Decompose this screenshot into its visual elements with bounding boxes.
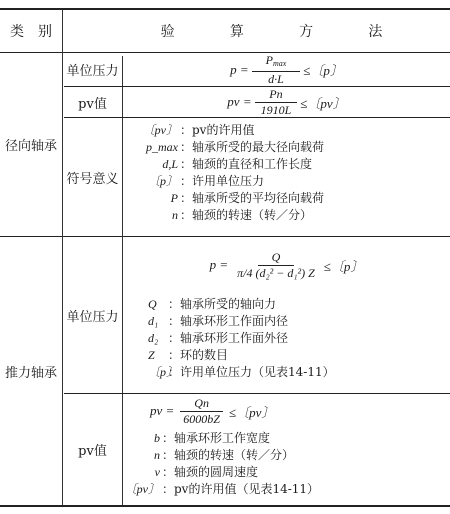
definition-item: Q：轴承所受的轴向力 [148, 296, 335, 313]
definition-item: Z：环的数目 [148, 347, 335, 364]
definition-item: 〔pv〕：pv的许用值（见表14-11） [122, 481, 319, 498]
row-label-text: 符号意义 [66, 168, 118, 187]
definition-item: d₁：轴承环形工作面内径 [148, 313, 335, 330]
definition-item: 〔p〕：许用单位压力（见表14-11） [148, 364, 335, 381]
definition-item: p_max：轴承所受的最大径向载荷 [128, 139, 324, 156]
formula-cell: pv = Pn 1910L ≤〔pv〕 [123, 87, 450, 117]
definition-symbol: 〔pv〕 [128, 122, 178, 139]
definition-item: n：轴颈的转速（转／分） [128, 207, 324, 224]
definition-text: ：轴承环形工作面内径 [168, 313, 288, 330]
definition-item: 〔p〕：许用单位压力 [128, 173, 324, 190]
definition-item: d,L：轴颈的直径和工作长度 [128, 156, 324, 173]
formula-cell: pv = Qn 6000bZ ≤〔pv〕 [150, 396, 340, 426]
formula-lhs: p = [230, 62, 249, 78]
table-bottom-border [0, 505, 450, 507]
formula: p = Q π/4 (d₂² − d₁²) Z ≤〔p〕 [210, 251, 364, 280]
formula-rhs: ≤〔pv〕 [300, 93, 345, 112]
definition-text: ：许用单位压力 [180, 173, 264, 190]
definition-item: P：轴承所受的平均径向载荷 [128, 190, 324, 207]
definition-symbol: d,L [128, 156, 178, 173]
definition-symbol: b [122, 430, 160, 447]
symbol-definitions: b：轴承环形工作宽度 n：轴颈的转速（转／分） v：轴颈的圆周速度 〔pv〕：p… [122, 430, 319, 498]
fraction: Q π/4 (d₂² − d₁²) Z [231, 251, 321, 280]
category-label: 推力轴承 [5, 362, 57, 381]
definition-text: ：轴承环形工作宽度 [162, 430, 270, 447]
definition-symbol: 〔pv〕 [122, 481, 160, 498]
header-method: 验 算 方 法 [63, 10, 450, 52]
numerator: Q [258, 251, 295, 266]
definition-symbol: P [128, 190, 178, 207]
definition-text: ：环的数目 [168, 347, 228, 364]
definition-symbol: 〔p〕 [148, 364, 166, 381]
definition-text: ：轴承所受的最大径向载荷 [180, 139, 324, 156]
definition-symbol: 〔p〕 [128, 173, 178, 190]
formula-lhs: p = [210, 257, 229, 273]
fraction: Pmax d·L [252, 54, 301, 86]
definition-text: ：轴颈的转速（转／分） [162, 447, 294, 464]
fraction: Pn 1910L [255, 88, 298, 117]
header-method-char: 法 [368, 21, 382, 41]
category-label: 径向轴承 [5, 135, 57, 154]
denominator: d·L [262, 72, 290, 86]
row-label-text: 单位压力 [66, 306, 118, 325]
header-category-label: 类 别 [10, 21, 52, 41]
category-thrust-bearing: 推力轴承 [0, 237, 62, 505]
header-method-char: 算 [230, 21, 244, 41]
numerator: Pn [255, 88, 296, 103]
symbol-definitions: Q：轴承所受的轴向力 d₁：轴承环形工作面内径 d₂：轴承环形工作面外径 Z：环… [148, 296, 335, 381]
definition-symbol: Z [148, 347, 166, 364]
definition-item: b：轴承环形工作宽度 [122, 430, 319, 447]
definition-text: ：轴承所受的平均径向载荷 [180, 190, 324, 207]
formula-rhs: ≤〔pv〕 [229, 402, 274, 421]
definition-text: ：许用单位压力（见表14-11） [168, 364, 335, 381]
definition-symbol: n [122, 447, 160, 464]
header-method-char: 方 [299, 21, 313, 41]
definition-text: ：轴颈的圆周速度 [162, 464, 258, 481]
numerator: Qn [180, 397, 223, 412]
definition-item: n：轴颈的转速（转／分） [122, 447, 319, 464]
definition-text: ：轴颈的直径和工作长度 [180, 156, 312, 173]
definition-symbol: Q [148, 296, 166, 313]
formula-lhs: pv = [150, 403, 174, 419]
numerator: Pmax [252, 54, 301, 72]
definition-symbol: n [128, 207, 178, 224]
formula: pv = Pn 1910L ≤〔pv〕 [227, 88, 345, 117]
row-label-text: pv值 [78, 440, 107, 459]
fraction: Qn 6000bZ [177, 397, 226, 426]
formula: pv = Qn 6000bZ ≤〔pv〕 [150, 397, 274, 426]
definition-item: 〔pv〕：pv的许用值 [128, 122, 324, 139]
definition-symbol: v [122, 464, 160, 481]
definition-item: v：轴颈的圆周速度 [122, 464, 319, 481]
definition-text: ：轴承环形工作面外径 [168, 330, 288, 347]
definition-symbol: d₁ [148, 313, 166, 330]
row-label: pv值 [63, 394, 122, 505]
category-radial-bearing: 径向轴承 [0, 53, 62, 236]
definition-text: ：轴颈的转速（转／分） [180, 207, 312, 224]
formula-cell: p = Q π/4 (d₂² − d₁²) Z ≤〔p〕 [123, 240, 450, 290]
definition-text: ：轴承所受的轴向力 [168, 296, 276, 313]
row-label: 单位压力 [63, 237, 122, 393]
numerator-subscript: max [273, 59, 286, 68]
row-label: pv值 [63, 87, 122, 117]
definition-text: ：pv的许用值（见表14-11） [162, 481, 319, 498]
formula: p = Pmax d·L ≤〔p〕 [230, 54, 343, 86]
denominator: π/4 (d₂² − d₁²) Z [231, 266, 321, 280]
row-label-text: 单位压力 [66, 60, 118, 79]
denominator: 1910L [255, 103, 298, 117]
row-label-text: pv值 [78, 93, 107, 112]
row-label: 单位压力 [63, 53, 122, 86]
numerator-text: P [266, 53, 273, 67]
header-category: 类 别 [0, 10, 62, 52]
symbol-definitions: 〔pv〕：pv的许用值 p_max：轴承所受的最大径向载荷 d,L：轴颈的直径和… [128, 122, 324, 224]
row-label: 符号意义 [63, 118, 122, 236]
formula-lhs: pv = [227, 94, 251, 110]
header-method-char: 验 [161, 21, 175, 41]
definition-text: ：pv的许用值 [180, 122, 254, 139]
definition-item: d₂：轴承环形工作面外径 [148, 330, 335, 347]
formula-rhs: ≤〔p〕 [303, 60, 343, 79]
definition-symbol: p_max [128, 139, 178, 156]
formula-rhs: ≤〔p〕 [324, 256, 364, 275]
definition-symbol: d₂ [148, 330, 166, 347]
formula-cell: p = Pmax d·L ≤〔p〕 [123, 53, 450, 86]
denominator: 6000bZ [177, 412, 226, 426]
